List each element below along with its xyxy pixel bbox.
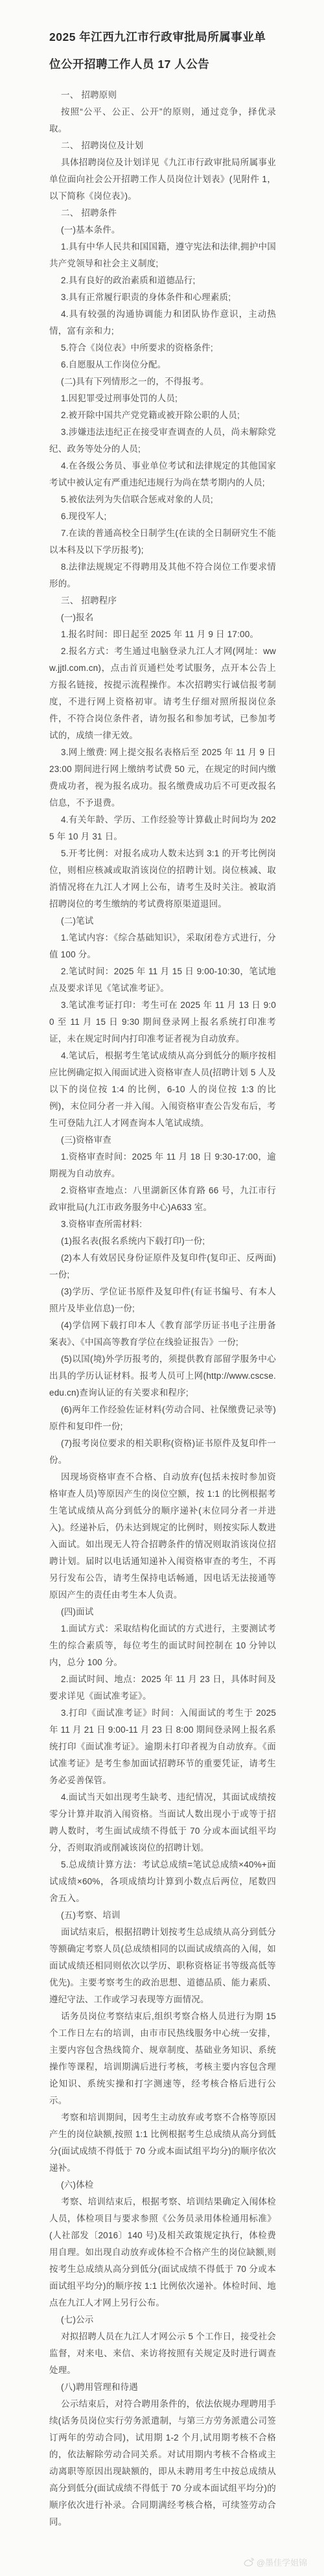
paragraph: 5.被依法列为失信联合惩戒对象的人员; <box>49 491 276 508</box>
paragraph: 3.涉嫌违法违纪正在接受审查调查的人员，尚未解除党纪、政务等处分的人员; <box>49 424 276 458</box>
paragraph: 4.笔试后，根据考生笔试成绩从高分到低分的顺序按相应比例确定拟入闱面试进入资格审… <box>49 1048 276 1132</box>
paragraph: (五)考察、培训 <box>49 1907 276 1924</box>
paragraph: 2.具有良好的政治素质和道德品行; <box>49 272 276 289</box>
paragraph: 1.笔试内容：《综合基础知识》，采取闭卷方式进行，分值 100 分。 <box>49 930 276 963</box>
paragraph: (四)面试 <box>49 1604 276 1621</box>
paragraph: 1.资格审查时间：2025 年 11 月 18 日 9:30-17:00，逾期视… <box>49 1149 276 1182</box>
paragraph: 3.资格审查所需材料: <box>49 1216 276 1233</box>
paragraph: (4)学信网下载打印本人《教育部学历证书电子注册备案表》、《中国高等教育学位在线… <box>49 1317 276 1351</box>
paragraph: 6.现役军人; <box>49 508 276 525</box>
paragraph: 4.具有较强的沟通协调能力和团队协作意识，主动热情，富有亲和力; <box>49 306 276 340</box>
paragraph: (六)体检 <box>49 2177 276 2194</box>
paragraph: 公示结束后，对符合聘用条件的，依法依规办理聘用手续(话务员岗位实行劳务派遣制，与… <box>49 2396 276 2531</box>
weibo-icon <box>244 2557 255 2567</box>
paragraph: 2.面试时间、地点：2025 年 11 月 23 日，具体时间及要求详见《面试准… <box>49 1671 276 1705</box>
paragraph: 3.具有正常履行职责的身体条件和心理素质; <box>49 289 276 306</box>
paragraph: 1.报名时间：即日起至 2025 年 11 月 9 日 17:00。 <box>49 626 276 643</box>
watermark-text: @墨佳学姐锦 <box>257 2556 307 2568</box>
paragraph: (5)以国(境)外学历报考的，须提供教育部留学服务中心出具的学历认证材料。报考人… <box>49 1351 276 1401</box>
paragraph: 具体招聘岗位及计划详见《九江市行政审批局所属事业单位面向社会公开招聘工作人员岗位… <box>49 154 276 205</box>
paragraph: (一)基本条件。 <box>49 222 276 239</box>
paragraph: (2)本人有效居民身份证原件及复印件(复印正、反两面)一份; <box>49 1250 276 1283</box>
document-body: 一、 招聘原则按照“公平、公正、公开”的原则，通过竞争，择优录取。二、 招聘岗位… <box>49 87 276 2531</box>
paragraph: 三、 招聘程序 <box>49 592 276 609</box>
paragraph: (三)资格审查 <box>49 1132 276 1149</box>
paragraph: 5.总成绩计算方法：考试总成绩=笔试总成绩×40%+面试成绩×60%，各项成绩均… <box>49 1856 276 1907</box>
paragraph: 1.因犯罪受过刑事处罚的人员; <box>49 390 276 407</box>
paragraph: 对拟招聘人员在九江人才网公示 5 个工作日，接受社会监督，对来电、来信、来访将按… <box>49 2328 276 2379</box>
paragraph: 8.法律法规规定不得聘用及其他不符合岗位工作要求情形的。 <box>49 559 276 592</box>
paragraph: 2.笔试时间：2025 年 11 月 15 日 9:00-10:30，笔试地点及… <box>49 963 276 997</box>
paragraph: (八)聘用管理和待遇 <box>49 2379 276 2396</box>
paragraph: (二)笔试 <box>49 913 276 930</box>
paragraph: 因现场资格审查不合格、自动放弃(包括未按时参加资格审查人员)等原因产生的岗位空额… <box>49 1469 276 1604</box>
paragraph: 5.开考比例：对报名成功人数未达到 3:1 的开考比例岗位，则相应核减或取消该岗… <box>49 845 276 913</box>
paragraph: (七)公示 <box>49 2312 276 2328</box>
paragraph: 一、 招聘原则 <box>49 87 276 104</box>
watermark: @墨佳学姐锦 <box>244 2556 307 2568</box>
paragraph: 考察和培训期间，因考生主动放弃或考察不合格等原因产生的岗位缺额,按照 1:1 比… <box>49 2109 276 2177</box>
paragraph: (7)报考岗位要求的相关职称(资格)证书原件及复印件一份。 <box>49 1435 276 1469</box>
announcement-document: 2025 年江西九江市行政审批局所属事业单位公开招聘工作人员 17 人公告 一、… <box>0 0 324 2576</box>
paragraph: (一)报名 <box>49 609 276 626</box>
paragraph: 3.网上缴费: 网上提交报名表格后至 2025 年 11 月 9 日 23:00… <box>49 744 276 812</box>
paragraph: 1.面试方式：采取结构化面试的方式进行，主要测试考生的综合素质等，每位考生的面试… <box>49 1621 276 1671</box>
paragraph: 3.笔试准考证打印：考生可在 2025 年 11 月 13 日 9:00 至 1… <box>49 997 276 1048</box>
paragraph: 6.自愿服从工作岗位分配。 <box>49 357 276 373</box>
document-title: 2025 年江西九江市行政审批局所属事业单位公开招聘工作人员 17 人公告 <box>49 23 276 78</box>
paragraph: 5.符合《岗位表》中所要求的资格条件; <box>49 340 276 357</box>
paragraph: 2.报名方式：考生通过电脑登录九江人才网(网址：www.jjtl.com.cn)… <box>49 643 276 744</box>
paragraph: (1)报名表(报名系统内下载打印)一份; <box>49 1233 276 1250</box>
paragraph: 4.面试当天如出现考生缺考、违纪情况，其面试成绩按零分计算并取消入闱资格。当面试… <box>49 1789 276 1856</box>
paragraph: 7.在读的普通高校全日制学生(在读的全日制研究生不能以本科及以下学历报考); <box>49 525 276 559</box>
paragraph: 话务员岗位考察结束后,组织考察合格人员进行为期 15 个工作日左右的培训，由市市… <box>49 2008 276 2109</box>
paragraph: 考察、培训结束后，根据考察、培训结果确定入闱体检人员，体检项目与要求参照《公务员… <box>49 2194 276 2312</box>
paragraph: 4.有关年龄、学历、工作经验等计算截止时间均为 2025 年 10 月 31 日… <box>49 812 276 845</box>
paragraph: 二、 招聘条件 <box>49 205 276 222</box>
paragraph: 2.资格审查地点：八里湖新区体育路 66 号，九江市行政审批局(九江市政务服务中… <box>49 1182 276 1216</box>
paragraph: 3.打印《面试准考证》时间：入闱面试的考生于 2025 年 11 月 21 日 … <box>49 1705 276 1789</box>
paragraph: 1.具有中华人民共和国国籍，遵守宪法和法律,拥护中国共产党领导和社会主义制度; <box>49 239 276 272</box>
paragraph: 二、 招聘岗位及计划 <box>49 137 276 154</box>
paragraph: (3)学历、学位证书原件及复印件(有证书编号、有本人照片及毕业信息)一份; <box>49 1283 276 1317</box>
paragraph: 面试结束后，根据招聘计划按考生总成绩从高分到低分等额确定考察人员(总成绩相同的以… <box>49 1924 276 2008</box>
paragraph: (6)两年工作经验佐证材料(劳动合同、社保缴费记录等)原件和复印件一份; <box>49 1401 276 1435</box>
paragraph: 2.被开除中国共产党党籍或被开除公职的人员; <box>49 407 276 424</box>
paragraph: 4.在各级公务员、事业单位考试和法律规定的其他国家考试中被认定有严重违纪违规行为… <box>49 458 276 491</box>
paragraph: 按照“公平、公正、公开”的原则，通过竞争，择优录取。 <box>49 104 276 137</box>
paragraph: (二)具有下列情形之一的，不得报考。 <box>49 373 276 390</box>
